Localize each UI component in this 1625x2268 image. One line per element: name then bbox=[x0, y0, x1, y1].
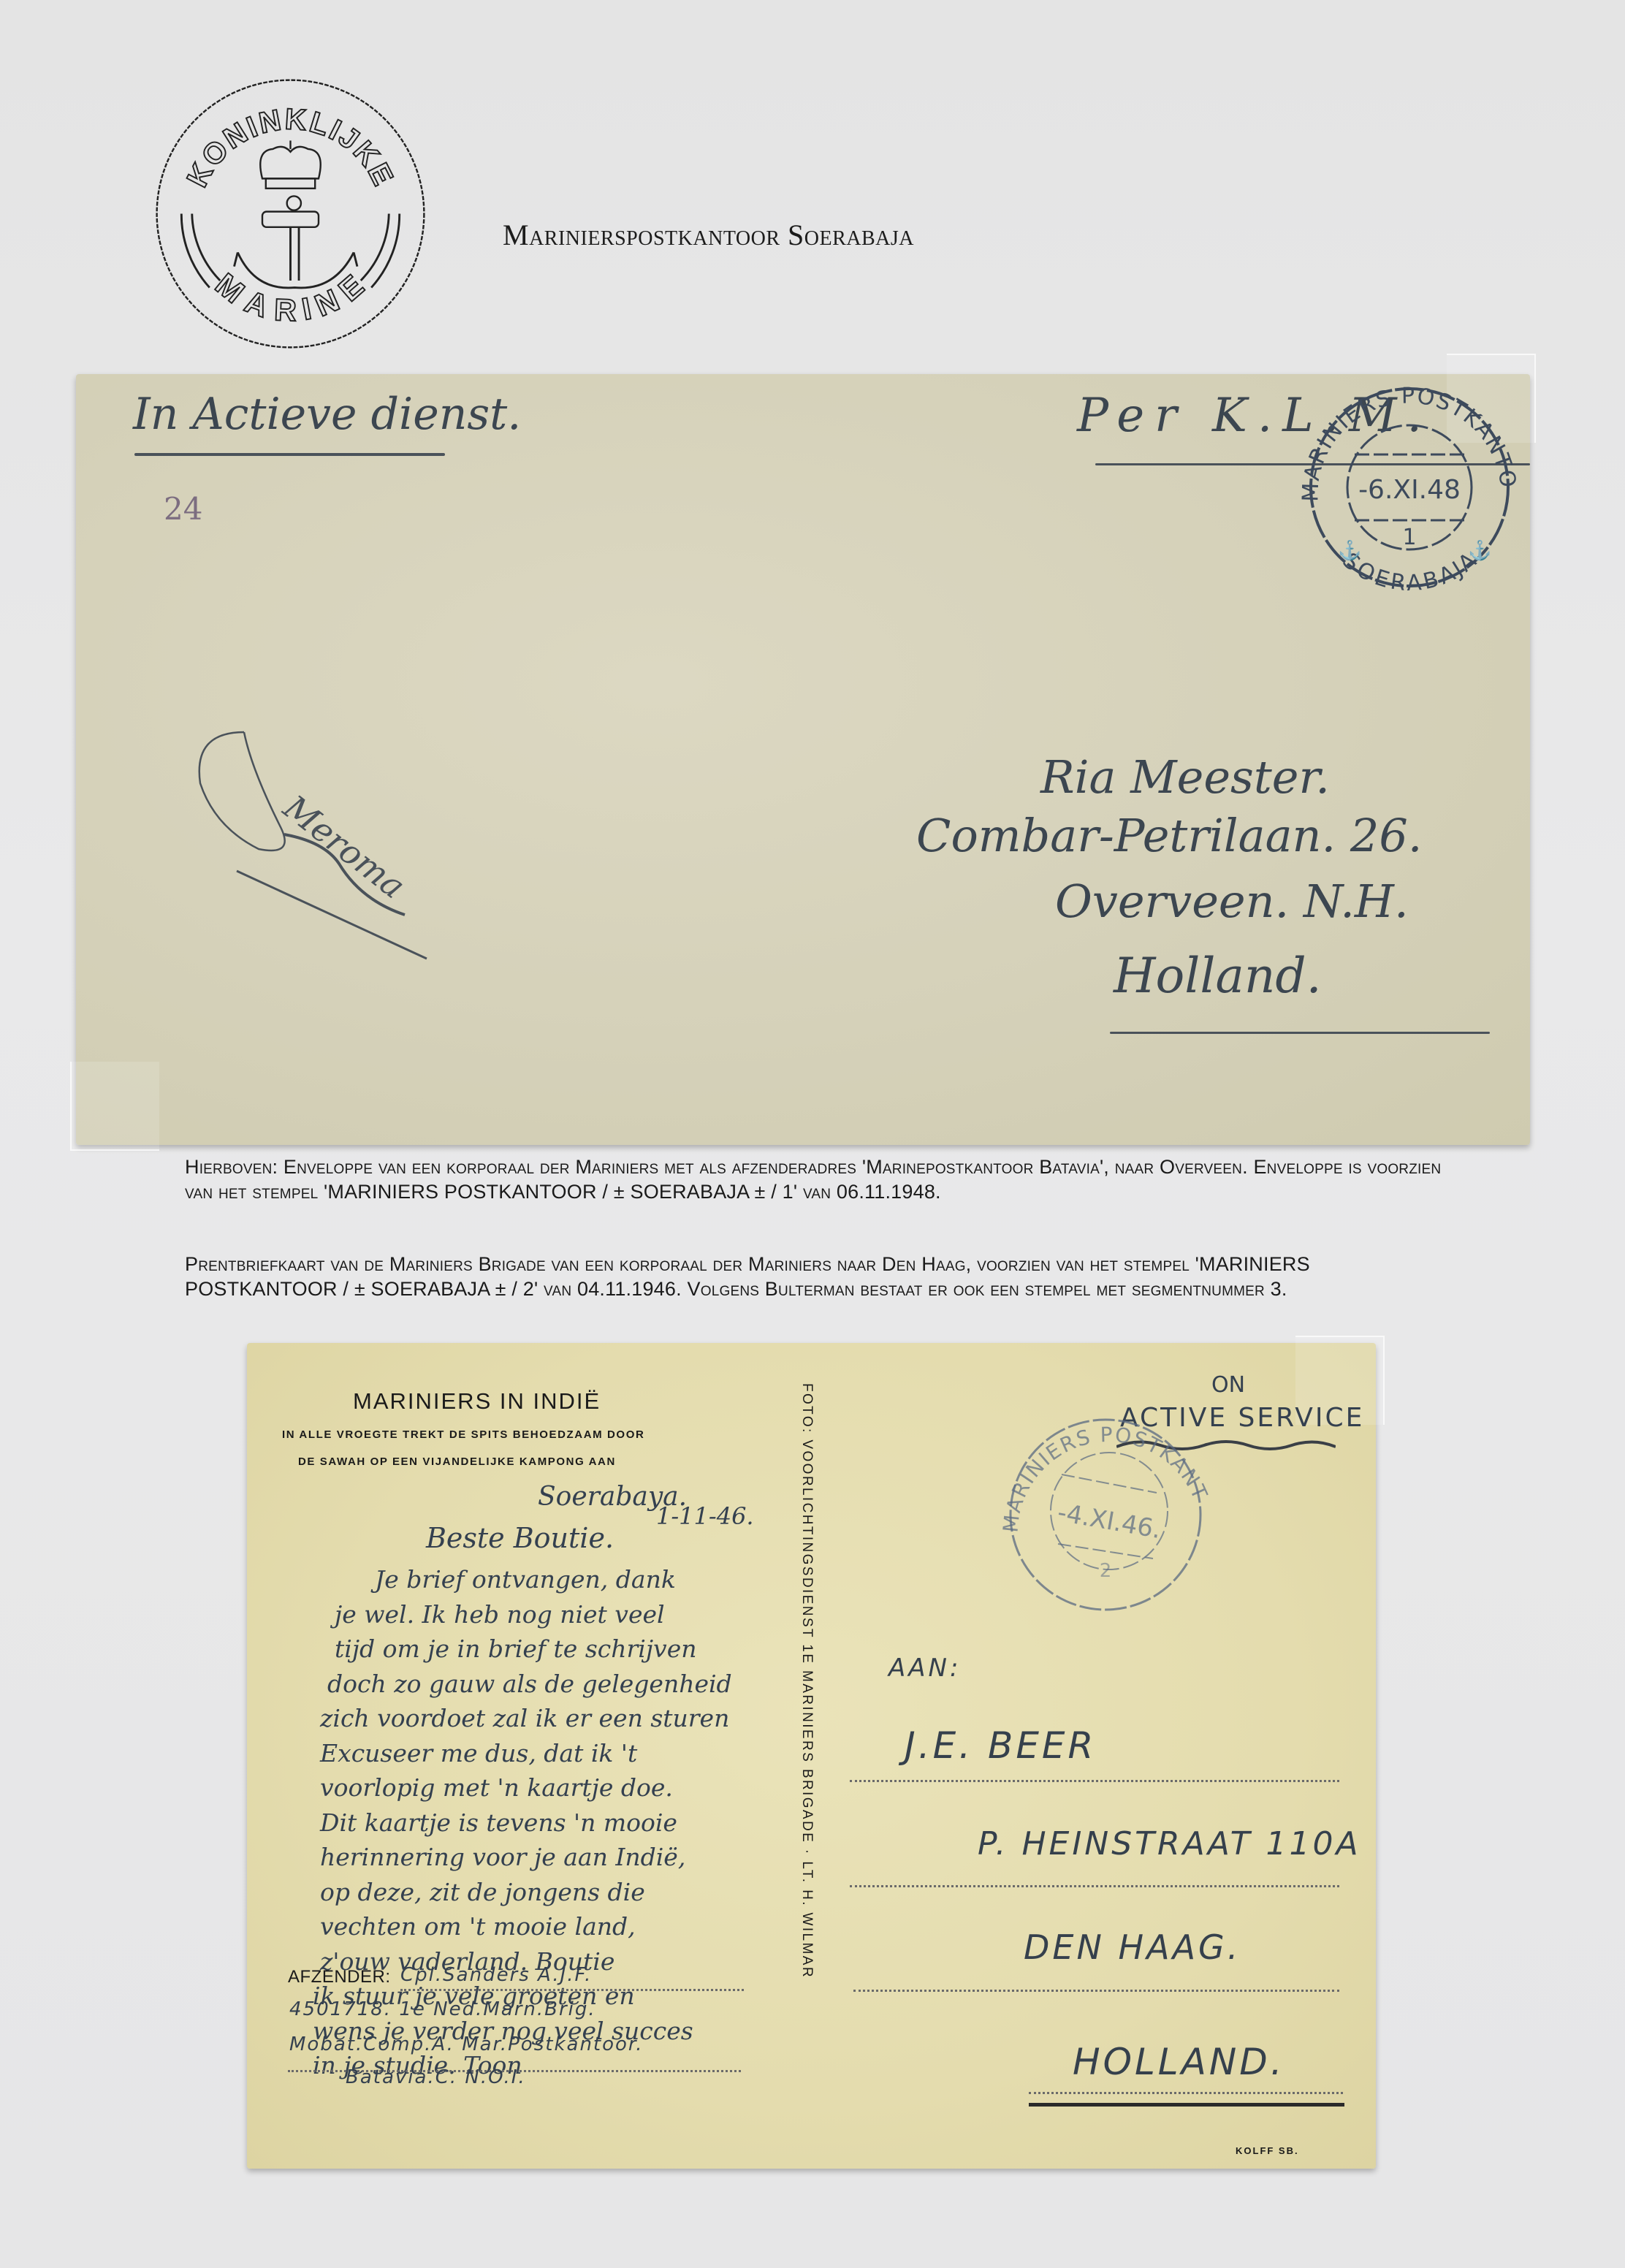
envelope-service-underline bbox=[134, 453, 445, 456]
postcard-greeting: Beste Boutie. bbox=[426, 1522, 614, 1554]
address-line-3: Overveen. N.H. bbox=[1055, 875, 1409, 928]
sender-line-4: Batavia.C. N.O.I. bbox=[346, 2066, 526, 2088]
message-line: zich voordoet zal ik er een sturen bbox=[305, 1701, 817, 1736]
postcard: MARINIERS IN INDIË IN ALLE VROEGTE TREKT… bbox=[247, 1343, 1376, 2169]
postcard-printed-title: MARINIERS IN INDIË bbox=[353, 1388, 601, 1415]
message-line: doch zo gauw als de gelegenheid bbox=[305, 1667, 817, 1702]
address-dotted-line bbox=[850, 1780, 1339, 1782]
message-line: vechten om 't mooie land, bbox=[305, 1909, 817, 1944]
sender-label: AFZENDER: bbox=[288, 1967, 391, 1987]
recipient-city: DEN HAAG. bbox=[1024, 1928, 1241, 1967]
envelope-caption: Hierboven: Enveloppe van een korporaal d… bbox=[185, 1154, 1456, 1204]
mount-corner-bottom-left bbox=[70, 1062, 159, 1151]
address-line-2: Combar-Petrilaan. 26. bbox=[916, 809, 1423, 862]
message-line: tijd om je in brief te schrijven bbox=[305, 1632, 817, 1667]
svg-text:2: 2 bbox=[1100, 1560, 1112, 1582]
svg-text:⚓: ⚓ bbox=[1468, 539, 1491, 561]
address-dotted-line bbox=[853, 1990, 1339, 1992]
svg-text:⚓: ⚓ bbox=[1338, 539, 1361, 561]
on-note: ON bbox=[1211, 1372, 1245, 1398]
address-line-4: Holland. bbox=[1114, 948, 1322, 1004]
address-underline bbox=[1110, 1032, 1490, 1034]
envelope-postmark: MARINIERS POSTKANTOOR SOERABAJA -6.XI.48… bbox=[1293, 378, 1526, 597]
envelope-service-note: In Actieve dienst. bbox=[133, 389, 521, 440]
envelope: In Actieve dienst. 24 Per K.L.M. MARINIE… bbox=[76, 374, 1530, 1145]
postcard-subtitle-2: DE SAWAH OP EEN VIJANDELIJKE KAMPONG AAN bbox=[298, 1455, 616, 1468]
svg-text:1: 1 bbox=[1402, 525, 1416, 550]
message-line: Je brief ontvangen, dank bbox=[305, 1562, 817, 1597]
address-label: AAN: bbox=[888, 1654, 961, 1683]
message-line: Dit kaartje is tevens 'n mooie bbox=[305, 1805, 817, 1841]
message-line: Excuseer me dus, dat ik 't bbox=[305, 1736, 817, 1771]
postcard-postmark: MARINIERS POSTKANTOOR -4.XI.46. 2 bbox=[989, 1405, 1222, 1624]
printer-mark: KOLFF SB. bbox=[1236, 2145, 1299, 2156]
recipient-country: HOLLAND. bbox=[1073, 2041, 1285, 2083]
address-solid-rule bbox=[1029, 2103, 1344, 2107]
postcard-date: 1-11-46. bbox=[656, 1502, 754, 1530]
sender-line-1: Cpl.Sanders A.J.F. bbox=[400, 1964, 592, 1986]
message-line: herinnering voor je aan Indië, bbox=[305, 1840, 817, 1875]
address-dotted-line bbox=[1029, 2092, 1343, 2094]
crowned-anchor-icon: KONINKLIJKE MARINE bbox=[150, 73, 431, 354]
address-line-1: Ria Meester. bbox=[1040, 750, 1330, 804]
koninklijke-marine-emblem: KONINKLIJKE MARINE bbox=[150, 73, 431, 354]
recipient-name: J.E. BEER bbox=[905, 1724, 1096, 1767]
message-line: op deze, zit de jongens die bbox=[305, 1875, 817, 1910]
sender-line-3: Mobat.Comp.A. Mar.Postkantoor. bbox=[289, 2033, 644, 2055]
svg-text:-6.XI.48: -6.XI.48 bbox=[1358, 475, 1461, 505]
postcard-caption: Prentbriefkaart van de Mariniers Brigade… bbox=[185, 1252, 1456, 1301]
postcard-subtitle-1: IN ALLE VROEGTE TREKT DE SPITS BEHOEDZAA… bbox=[282, 1428, 644, 1441]
message-line: je wel. Ik heb nog niet veel bbox=[305, 1597, 817, 1632]
pencil-number: 24 bbox=[164, 491, 202, 527]
sender-line-2: 4501718. 1e Ned.Marn.Brig. bbox=[289, 1998, 596, 2020]
sender-signature: Meroma bbox=[186, 725, 463, 966]
address-dotted-line bbox=[850, 1885, 1339, 1887]
message-line: voorlopig met 'n kaartje doe. bbox=[305, 1770, 817, 1805]
sender-dotted-line bbox=[400, 1989, 744, 1991]
recipient-street: P. HEINSTRAAT 110A bbox=[978, 1825, 1361, 1862]
page-title: Marinierspostkantoor Soerabaja bbox=[503, 218, 914, 252]
svg-text:-4.XI.46.: -4.XI.46. bbox=[1055, 1498, 1163, 1545]
